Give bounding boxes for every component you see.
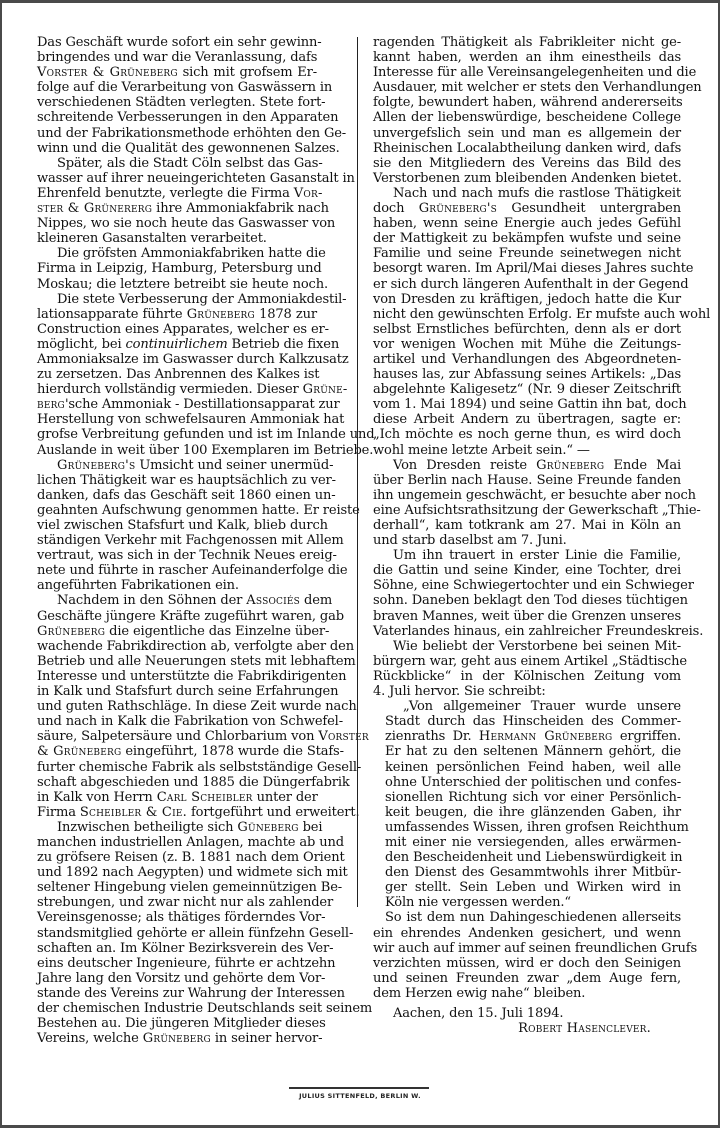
text-line: über Berlin nach Hause. Seine Freunde fa…: [373, 473, 681, 488]
text-line: verschiedenen Städten verlegten. Stete f…: [37, 95, 317, 110]
text-line: und guten Rathschläge. In diese Zeit wur…: [37, 699, 317, 714]
text-line: Interesse und unterstützte die Fabrikdir…: [37, 669, 317, 684]
text-line: selbst Ernstliches befürchten, denn als …: [373, 322, 681, 337]
text-line: furter chemische Fabrik als selbstständi…: [37, 760, 317, 775]
text-line: geahnten Aufschwung genommen hatte. Er r…: [37, 503, 317, 518]
text-line: ein ehrendes Andenken gesichert, und wen…: [373, 926, 681, 941]
text-line: grofse Verbreitung gefunden und ist im I…: [37, 427, 317, 442]
text-line: Ausdauer, mit welcher er stets den Verha…: [373, 80, 681, 95]
text-line: mit einer nie versiegenden, alles erwärm…: [373, 835, 681, 850]
text-line: bürgern war, geht aus einem Artikel „Stä…: [373, 654, 681, 669]
author-signature: Robert Hasenclever.: [373, 1021, 681, 1036]
text-line: Rückblicke“ in der Kölnischen Zeitung vo…: [373, 669, 681, 684]
text-line: Nippes, wo sie noch heute das Gaswasser …: [37, 216, 317, 231]
text-line: säure, Salpetersäure und Chlorbarium von…: [37, 729, 317, 744]
text-line: Vereinsgenosse; als thätiges förderndes …: [37, 910, 317, 925]
text-line: Ehrenfeld benutzte, verlegte die Firma V…: [37, 186, 317, 201]
text-line: standsmitglied gehörte er allein fünfzeh…: [37, 926, 317, 941]
text-line: Auslande in weit über 100 Exemplaren im …: [37, 443, 317, 458]
text-line: Ammoniaksalze im Gaswasser durch Kalkzus…: [37, 352, 317, 367]
text-line: Jahre lang den Vorsitz und gehörte dem V…: [37, 971, 317, 986]
text-line: Construction eines Apparates, welcher es…: [37, 322, 317, 337]
text-line: in Kalk von Herrn Carl Scheibler unter d…: [37, 790, 317, 805]
text-line: artikel und Verhandlungen des Abgeordnet…: [373, 352, 681, 367]
text-line: möglicht, bei continuirlichem Betrieb di…: [37, 337, 317, 352]
printer-imprint: JULIUS SITTENFELD, BERLIN W.: [290, 1092, 430, 1100]
text-line: Die stete Verbesserung der Ammoniakdesti…: [37, 292, 317, 307]
text-line: zu zersetzen. Das Anbrennen des Kalkes i…: [37, 367, 317, 382]
text-line: Die gröfsten Ammoniakfabriken hatte die: [37, 246, 317, 261]
text-line: eins deutscher Ingenieure, führte er ach…: [37, 956, 317, 971]
text-line: Rheinischen Localabtheilung danken wird,…: [373, 141, 681, 156]
right-column-body: ragenden Thätigkeit als Fabrikleiter nic…: [373, 35, 681, 1001]
text-line: ihn ungemein geschwächt, er besuchte abe…: [373, 488, 681, 503]
text-line: strebungen, und zwar nicht nur als zahle…: [37, 895, 317, 910]
text-line: Herstellung von schwefelsauren Ammoniak …: [37, 412, 317, 427]
text-line: Wie beliebt der Verstorbene bei seinen M…: [373, 639, 681, 654]
left-column: Das Geschäft wurde sofort ein sehr gewin…: [37, 35, 317, 1046]
text-line: Er hat zu den seltenen Männern gehört, d…: [373, 744, 681, 759]
text-line: ster & Grünererg ihre Ammoniakfabrik nac…: [37, 201, 317, 216]
text-line: eine Aufsichtsrathsitzung der Gewerkscha…: [373, 503, 681, 518]
text-line: und 1892 nach Aegypten) und widmete sich…: [37, 865, 317, 880]
imprint-rule: [289, 1087, 429, 1089]
text-line: kleineren Gasanstalten verarbeitet.: [37, 231, 317, 246]
text-line: Familie und seine Freunde seinetwegen ni…: [373, 246, 681, 261]
text-line: Später, als die Stadt Cöln selbst das Ga…: [37, 156, 317, 171]
text-line: „Ich möchte es noch gerne thun, es wird …: [373, 427, 681, 442]
right-column: ragenden Thätigkeit als Fabrikleiter nic…: [373, 35, 681, 1036]
text-line: „Von allgemeiner Trauer wurde unsere: [373, 699, 681, 714]
text-line: dem Herzen ewig nahe“ bleiben.: [373, 986, 681, 1001]
text-line: verzichten müssen, wird er doch den Sein…: [373, 956, 681, 971]
text-line: bringendes und war die Veranlassung, daf…: [37, 50, 317, 65]
text-line: Firma Scheibler & Cie. fortgeführt und e…: [37, 805, 317, 820]
text-line: Inzwischen betheiligte sich Güneberg bei: [37, 820, 317, 835]
place-date: Aachen, den 15. Juli 1894.: [373, 1006, 681, 1021]
text-line: wir auch auf immer auf seinen freundlich…: [373, 941, 681, 956]
text-line: Köln nie vergessen werden.“: [373, 895, 681, 910]
text-line: hierdurch vollständig vermieden. Dieser …: [37, 382, 317, 397]
text-line: schaft abgeschieden und 1885 die Düngerf…: [37, 775, 317, 790]
text-line: haben, wenn seine Energie auch jedes Gef…: [373, 216, 681, 231]
text-line: diese Arbeit Andern zu übertragen, sagte…: [373, 412, 681, 427]
text-line: Moskau; die letztere betreibt sie heute …: [37, 277, 317, 292]
text-line: schaften an. Im Kölner Bezirksverein des…: [37, 941, 317, 956]
text-line: Nach und nach mufs die rastlose Thätigke…: [373, 186, 681, 201]
text-line: Verstorbenen zum bleibenden Andenken bie…: [373, 171, 681, 186]
text-line: Grüneberg die eigentliche das Einzelne ü…: [37, 624, 317, 639]
text-line: unvergefslich sein und man es allgemein …: [373, 126, 681, 141]
text-line: schreitende Verbesserungen in den Appara…: [37, 110, 317, 125]
text-line: hauses las, zur Abfassung seines Artikel…: [373, 367, 681, 382]
text-line: braven Mannes, weit über die Grenzen uns…: [373, 609, 681, 624]
text-line: Stadt durch das Hinscheiden des Commer-: [373, 714, 681, 729]
text-line: derhall“, kam totkrank am 27. Mai in Köl…: [373, 518, 681, 533]
text-line: sie den Mitgliedern des Vereins das Bild…: [373, 156, 681, 171]
text-line: Söhne, eine Schwiegertochter und ein Sch…: [373, 578, 681, 593]
newspaper-page: Das Geschäft wurde sofort ein sehr gewin…: [0, 0, 720, 1128]
text-line: und der Fabrikationsmethode erhöhten den…: [37, 126, 317, 141]
text-line: Geschäfte jüngere Kräfte zugeführt waren…: [37, 609, 317, 624]
text-line: Vereins, welche Grüneberg in seiner herv…: [37, 1031, 317, 1046]
text-line: Betrieb und alle Neuerungen stets mit le…: [37, 654, 317, 669]
text-line: die Gattin und seine Kinder, eine Tochte…: [373, 563, 681, 578]
text-line: in Kalk und Stafsfurt durch seine Erfahr…: [37, 684, 317, 699]
text-line: und seinen Freunden zwar „dem Auge fern,: [373, 971, 681, 986]
text-line: lichen Thätigkeit war es hauptsächlich z…: [37, 473, 317, 488]
text-line: keit beugen, die ihre glänzenden Gaben, …: [373, 805, 681, 820]
text-line: nete und führte in rascher Aufeinanderfo…: [37, 563, 317, 578]
text-line: viel zwischen Stafsfurt und Kalk, blieb …: [37, 518, 317, 533]
text-line: manchen industriellen Anlagen, machte ab…: [37, 835, 317, 850]
text-line: nicht den gewünschten Erfolg. Er mufste …: [373, 307, 681, 322]
text-line: und nach in Kalk die Fabrikation von Sch…: [37, 714, 317, 729]
text-line: sohn. Daneben beklagt den Tod dieses tüc…: [373, 593, 681, 608]
text-line: zu gröfsere Reisen (z. B. 1881 nach dem …: [37, 850, 317, 865]
text-line: angeführten Fabrikationen ein.: [37, 578, 317, 593]
text-line: besorgt waren. Im April/Mai dieses Jahre…: [373, 261, 681, 276]
text-line: 4. Juli hervor. Sie schreibt:: [373, 684, 681, 699]
text-line: seltener Hingebung vielen gemeinnützigen…: [37, 880, 317, 895]
text-line: und starb daselbst am 7. Juni.: [373, 533, 681, 548]
text-line: Von Dresden reiste Grüneberg Ende Mai: [373, 458, 681, 473]
text-line: Nachdem in den Söhnen der Associés dem: [37, 593, 317, 608]
text-line: keinen persönlichen Feind haben, weil al…: [373, 760, 681, 775]
text-line: zienraths Dr. Hermann Grüneberg ergriffe…: [373, 729, 681, 744]
text-line: Firma in Leipzig, Hamburg, Petersburg un…: [37, 261, 317, 276]
text-line: wohl meine letzte Arbeit sein.“ —: [373, 443, 681, 458]
text-line: lationsapparate führte Grüneberg 1878 zu…: [37, 307, 317, 322]
text-line: kannt haben, werden an ihm einestheils d…: [373, 50, 681, 65]
text-line: er sich durch längeren Aufenthalt in der…: [373, 277, 681, 292]
text-line: Um ihn trauert in erster Linie die Famil…: [373, 548, 681, 563]
text-line: Interesse für alle Vereinsangelegenheite…: [373, 65, 681, 80]
text-line: folgte, bewundert haben, während anderer…: [373, 95, 681, 110]
text-line: ständigen Verkehr mit Fachgenossen mit A…: [37, 533, 317, 548]
text-line: Allen der liebenswürdige, bescheidene Co…: [373, 110, 681, 125]
text-line: vertraut, was sich in der Technik Neues …: [37, 548, 317, 563]
text-line: folge auf die Verarbeitung von Gaswässer…: [37, 80, 317, 95]
text-line: Das Geschäft wurde sofort ein sehr gewin…: [37, 35, 317, 50]
text-line: stande des Vereins zur Wahrung der Inter…: [37, 986, 317, 1001]
text-line: sionellen Richtung sich vor einer Persön…: [373, 790, 681, 805]
text-line: wachende Fabrikdirection ab, verfolgte a…: [37, 639, 317, 654]
text-line: den Bescheidenheit und Liebenswürdigkeit…: [373, 850, 681, 865]
text-line: doch Grüneberg's Gesundheit untergraben: [373, 201, 681, 216]
text-line: wasser auf ihrer neueingerichteten Gasan…: [37, 171, 317, 186]
text-line: ger stellt. Sein Leben und Wirken wird i…: [373, 880, 681, 895]
text-line: vor wenigen Wochen mit Mühe die Zeitungs…: [373, 337, 681, 352]
text-line: danken, dafs das Geschäft seit 1860 eine…: [37, 488, 317, 503]
text-line: winn und die Qualität des gewonnenen Sal…: [37, 141, 317, 156]
text-line: ragenden Thätigkeit als Fabrikleiter nic…: [373, 35, 681, 50]
text-line: So ist dem nun Dahingeschiedenen allerse…: [373, 910, 681, 925]
text-line: berg'sche Ammoniak - Destillationsappara…: [37, 397, 317, 412]
column-divider: [357, 37, 358, 907]
text-line: der chemischen Industrie Deutschlands se…: [37, 1001, 317, 1016]
text-line: Bestehen au. Die jüngeren Mitglieder die…: [37, 1016, 317, 1031]
text-line: der Mattigkeit zu bekämpfen wufste und s…: [373, 231, 681, 246]
text-line: abgelehnte Kaligesetz“ (Nr. 9 dieser Zei…: [373, 382, 681, 397]
text-line: vom 1. Mai 1894) und seine Gattin ihn ba…: [373, 397, 681, 412]
text-line: Vaterlandes hinaus, ein zahlreicher Freu…: [373, 624, 681, 639]
text-line: & Grüneberg eingeführt, 1878 wurde die S…: [37, 744, 317, 759]
text-line: ohne Unterschied der politischen und con…: [373, 775, 681, 790]
text-line: Grüneberg's Umsicht und seiner unermüd-: [37, 458, 317, 473]
text-line: den Dienst des Gesammtwohls ihrer Mitbür…: [373, 865, 681, 880]
text-line: umfassendes Wissen, ihren grofsen Reicht…: [373, 820, 681, 835]
text-line: Vorster & Grüneberg sich mit grofsem Er-: [37, 65, 317, 80]
text-line: von Dresden zu kräftigen, jedoch hatte d…: [373, 292, 681, 307]
